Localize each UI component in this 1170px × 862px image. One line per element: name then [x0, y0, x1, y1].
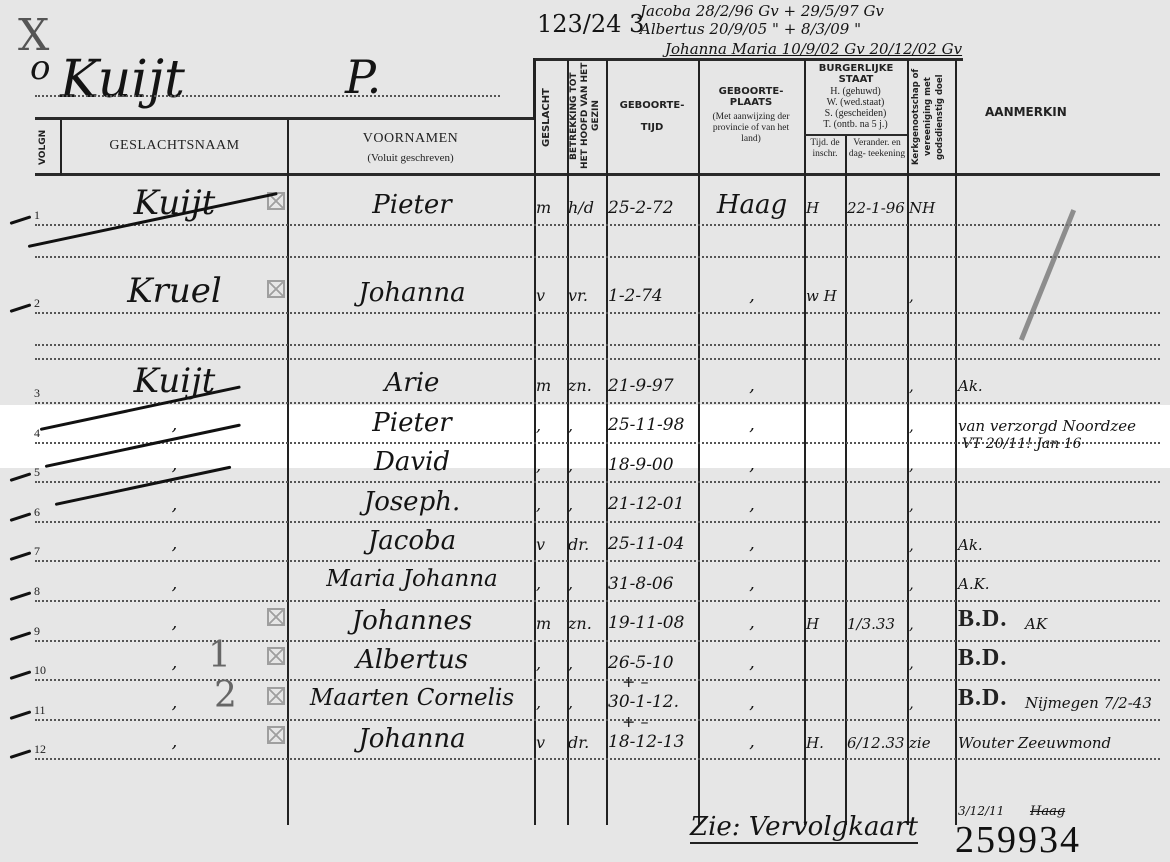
top-note-1: Jacoba 28/2/96 Gv + 29/5/97 Gv [640, 2, 884, 20]
cell-church: , [909, 694, 955, 712]
cell-church: , [909, 456, 955, 474]
check-box-stamp [267, 608, 285, 626]
cell-sex: , [536, 495, 567, 514]
cell-birthplace: , [700, 652, 804, 673]
cell-firstname: Albertus [290, 645, 534, 675]
card-surname: Kuijt [60, 50, 185, 110]
row-tick-mark [10, 472, 32, 482]
cell-surname: , [62, 731, 287, 752]
row-tick-mark [10, 670, 32, 680]
cell-remarks: Wouter Zeeuwmond [958, 734, 1158, 752]
cell-status-date: 6/12.33 [847, 734, 907, 752]
header-voornamen-sub: (Voluit geschreven) [287, 152, 534, 164]
pencil-check-mark [1019, 209, 1076, 341]
cell-church: , [909, 536, 955, 554]
cell-birthdate: 25-11-98 [608, 415, 698, 435]
cell-birthdate: 19-11-08 [608, 613, 698, 633]
cell-sex: v [536, 286, 567, 305]
check-box-stamp [267, 726, 285, 744]
header-kerkgenootschap: Kerkgenootschap of vereeniging met godsd… [910, 62, 954, 172]
row-dotted-rule [35, 600, 1160, 602]
cell-firstname: Jacoba [290, 526, 534, 556]
cell-firstname: Arie [290, 368, 534, 398]
row-number: 5 [34, 465, 40, 480]
cell-birthplace: , [700, 375, 804, 396]
row-number: 9 [34, 624, 40, 639]
cell-status-date: 1/3.33 [847, 615, 907, 633]
row-tick-mark [10, 552, 32, 562]
cell-birthdate: 18-12-13 [608, 732, 698, 752]
cell-firstname: Johannes [290, 606, 534, 636]
cell-sex: m [536, 614, 567, 633]
header-geslacht: GESLACHT [541, 66, 561, 170]
row-tick-mark [10, 710, 32, 720]
col-rule-bs-tijd [845, 135, 847, 825]
cell-church: , [909, 377, 955, 395]
header-aanmerkingen: AANMERKIN [985, 106, 1095, 118]
cell-surname: Kuijt [62, 361, 287, 401]
cell-sex: , [536, 456, 567, 475]
cell-birthdate: 21-12-01 [608, 494, 698, 514]
cell-sex: , [536, 574, 567, 593]
top-note-3: Johanna Maria 10/9/02 Gv 20/12/02 Gv [665, 40, 962, 58]
cell-firstname: Maarten Cornelis [290, 685, 534, 711]
row-dotted-rule [35, 344, 1160, 346]
row-number: 1 [34, 208, 40, 223]
cell-church: , [909, 615, 955, 633]
header-betrekking: BETREKKING TOT HET HOOFD VAN HET GEZIN [569, 62, 605, 170]
prefix-mark: o [30, 48, 50, 88]
cell-remarks: A.K. [958, 575, 1158, 593]
cell-firstname: Maria Johanna [290, 566, 534, 592]
cell-church: , [909, 575, 955, 593]
cell-church: , [909, 654, 955, 672]
bs-subheader-rule [804, 134, 907, 136]
row-tick-mark [10, 512, 32, 522]
cell-church: zie [909, 734, 955, 752]
bd-stamp: B.D. [958, 606, 1007, 633]
header-geboorteplaats-2: PLAATS [698, 97, 804, 109]
reference-number: 123/24 3 [537, 10, 644, 38]
cell-birthdate: 18-9-00 [608, 455, 698, 475]
row-tick-mark [10, 631, 32, 641]
row-dotted-rule [35, 481, 1160, 483]
row-dotted-rule [35, 358, 1160, 360]
cell-birthplace: , [700, 454, 804, 475]
row-number: 2 [34, 296, 40, 311]
row-tick-mark [10, 303, 32, 313]
row-dotted-rule [35, 521, 1160, 523]
cell-relation: , [568, 693, 606, 712]
row-dotted-rule [35, 560, 1160, 562]
row-number: 11 [34, 703, 46, 718]
row-number: 8 [34, 584, 40, 599]
cell-relation: , [568, 654, 606, 673]
cell-firstname: David [290, 447, 534, 477]
header-top-rule-left [35, 117, 535, 120]
cell-surname: , [62, 612, 287, 633]
cell-surname: , [62, 533, 287, 554]
cell-birthplace: Haag [700, 190, 804, 220]
header-burgerlijke-staat: BURGERLIJKE STAAT [806, 63, 906, 85]
cell-firstname: Pieter [290, 408, 534, 438]
cell-relation: , [568, 495, 606, 514]
top-note-2: Albertus 20/9/05 " + 8/3/09 " [640, 20, 861, 38]
cell-status: H [806, 615, 845, 633]
row-number: 12 [34, 742, 46, 757]
cell-birthplace: , [700, 731, 804, 752]
row-dotted-rule [35, 224, 1160, 226]
check-box-stamp [267, 687, 285, 705]
row-dotted-rule [35, 256, 1160, 258]
bd-stamp: B.D. [958, 645, 1007, 672]
cell-sex: , [536, 693, 567, 712]
cell-relation: h/d [568, 198, 606, 217]
row-number: 3 [34, 386, 40, 401]
cell-status: w H [806, 287, 845, 305]
title-dotted-line [35, 95, 500, 97]
cell-firstname: Joseph. [290, 487, 534, 517]
cell-surname: , [62, 573, 287, 594]
footer-small-note: 3/12/11 [958, 804, 1004, 818]
header-bs-tijd: Tijd. de inschr. [805, 138, 845, 160]
cell-birthdate: 26-5-10 [608, 653, 698, 673]
cell-remarks: van verzorgd Noordzee [958, 417, 1158, 435]
footer-note: Zie: Vervolgkaart [690, 812, 918, 844]
header-top-rule-right [533, 58, 963, 61]
cell-status-date: 22-1-96 [847, 199, 907, 217]
header-bs-t: T. (ontb. na 5 j.) [804, 119, 907, 131]
pencil-side-mark: 2 [214, 675, 237, 716]
pencil-side-mark: 1 [208, 635, 231, 676]
cell-sex: v [536, 733, 567, 752]
cell-remarks: AK [1025, 615, 1170, 633]
cell-remarks: Ak. [958, 536, 1158, 554]
header-bottom-rule [35, 173, 1160, 176]
cell-sex: , [536, 416, 567, 435]
cell-relation: zn. [568, 376, 606, 395]
cell-firstname: Johanna [290, 278, 534, 308]
cell-birthplace: , [700, 414, 804, 435]
cell-firstname: Johanna [290, 724, 534, 754]
header-geboortetijd-1: GEBOORTE- [606, 100, 698, 112]
cell-status: H [806, 199, 845, 217]
row-dotted-rule [35, 640, 1160, 642]
cell-church: , [909, 287, 955, 305]
cell-birthplace: , [700, 285, 804, 306]
cell-birthplace: , [700, 494, 804, 515]
bd-stamp: B.D. [958, 685, 1007, 712]
header-geboorteplaats-sub: (Met aanwijzing der provincie of van het… [702, 112, 800, 145]
card-number: 259934 [955, 818, 1081, 862]
cell-relation: dr. [568, 535, 606, 554]
row-dotted-rule [35, 679, 1160, 681]
cell-relation: , [568, 456, 606, 475]
row-dotted-rule [35, 719, 1160, 721]
cell-surname: Kuijt [62, 183, 287, 223]
cell-remarks: Ak. [958, 377, 1158, 395]
cell-firstname: Pieter [290, 190, 534, 220]
cell-birthdate: 21-9-97 [608, 376, 698, 396]
cell-birthdate: 31-8-06 [608, 574, 698, 594]
death-cross-mark: + – [622, 672, 649, 691]
cell-birthplace: , [700, 533, 804, 554]
cell-sex: v [536, 535, 567, 554]
header-voornamen: VOORNAMEN [287, 133, 534, 145]
header-geboortetijd-2: TIJD [606, 122, 698, 134]
cell-birthplace: , [700, 612, 804, 633]
cell-surname: , [62, 692, 287, 713]
cell-church: NH [909, 199, 955, 217]
cell-surname: , [62, 652, 287, 673]
death-cross-mark: + – [622, 712, 649, 731]
cell-remarks-line2: VT 20/11! Jan 16 [962, 436, 1082, 452]
cell-church: , [909, 417, 955, 435]
footer-struck-note: Haag [1030, 804, 1065, 819]
cell-relation: , [568, 416, 606, 435]
cell-sex: m [536, 376, 567, 395]
cell-relation: zn. [568, 614, 606, 633]
cell-relation: , [568, 574, 606, 593]
header-bs-verander: Verander. en dag- teekening [847, 138, 907, 160]
row-tick-mark [10, 750, 32, 760]
cell-sex: , [536, 654, 567, 673]
cell-birthdate: 25-11-04 [608, 534, 698, 554]
row-tick-mark [10, 215, 32, 225]
cell-birthplace: , [700, 692, 804, 713]
row-dotted-rule [35, 758, 1160, 760]
cell-remarks: Nijmegen 7/2-43 [1025, 694, 1170, 712]
header-volgn: VOLGN [38, 124, 54, 170]
header-geslachtsnaam: GESLACHTSNAAM [62, 140, 287, 152]
check-box-stamp [267, 647, 285, 665]
cell-status: H. [806, 734, 845, 752]
cell-birthdate: 30-1-12. [608, 692, 698, 712]
row-number: 10 [34, 663, 46, 678]
cell-birthdate: 25-2-72 [608, 198, 698, 218]
row-dotted-rule [35, 312, 1160, 314]
cell-relation: dr. [568, 733, 606, 752]
row-number: 6 [34, 505, 40, 520]
cell-birthdate: 1-2-74 [608, 286, 698, 306]
cell-surname: Kruel [62, 271, 287, 311]
row-tick-mark [10, 591, 32, 601]
cell-sex: m [536, 198, 567, 217]
row-dotted-rule [35, 402, 1160, 404]
cell-church: , [909, 496, 955, 514]
row-number: 7 [34, 544, 40, 559]
cell-birthplace: , [700, 573, 804, 594]
check-box-stamp [267, 280, 285, 298]
cell-relation: vr. [568, 286, 606, 305]
